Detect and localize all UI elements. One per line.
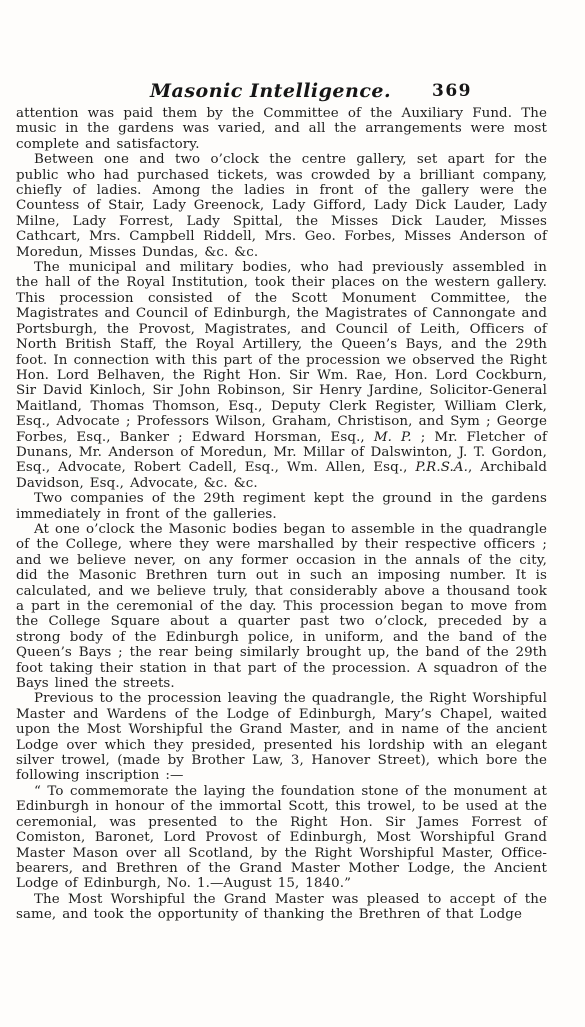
paragraph: Between one and two o’clock the centre g… (16, 152, 547, 260)
paragraph: Previous to the procession leaving the q… (16, 691, 547, 783)
paragraph-text: Previous to the procession leaving the q… (16, 691, 547, 783)
page-number: 369 (432, 81, 472, 101)
paragraph-text: Between one and two o’clock the centre g… (16, 152, 547, 259)
paragraph: attention was paid them by the Committee… (16, 106, 547, 152)
paragraph-text-italic: P.R.S.A. (415, 460, 468, 475)
paragraph: “ To commemorate the laying the foundati… (16, 784, 547, 892)
paragraph-text: Two companies of the 29th regiment kept … (16, 491, 547, 521)
paragraph-text: “ To commemorate the laying the foundati… (16, 784, 547, 891)
paragraph-text: The municipal and military bodies, who h… (16, 260, 547, 444)
paragraph-text-italic: M. P. (374, 430, 412, 445)
page-body: attention was paid them by the Committee… (16, 106, 547, 923)
page-title: Masonic Intelligence. (150, 80, 391, 102)
document-page: Masonic Intelligence. 369 attention was … (0, 0, 585, 1027)
paragraph: At one o’clock the Masonic bodies began … (16, 522, 547, 691)
paragraph: The municipal and military bodies, who h… (16, 260, 547, 491)
paragraph-text: The Most Worshipful the Grand Master was… (16, 892, 547, 922)
paragraph: Two companies of the 29th regiment kept … (16, 491, 547, 522)
paragraph-text: At one o’clock the Masonic bodies began … (16, 522, 547, 691)
paragraph-text: attention was paid them by the Committee… (16, 106, 547, 152)
paragraph: The Most Worshipful the Grand Master was… (16, 892, 547, 923)
